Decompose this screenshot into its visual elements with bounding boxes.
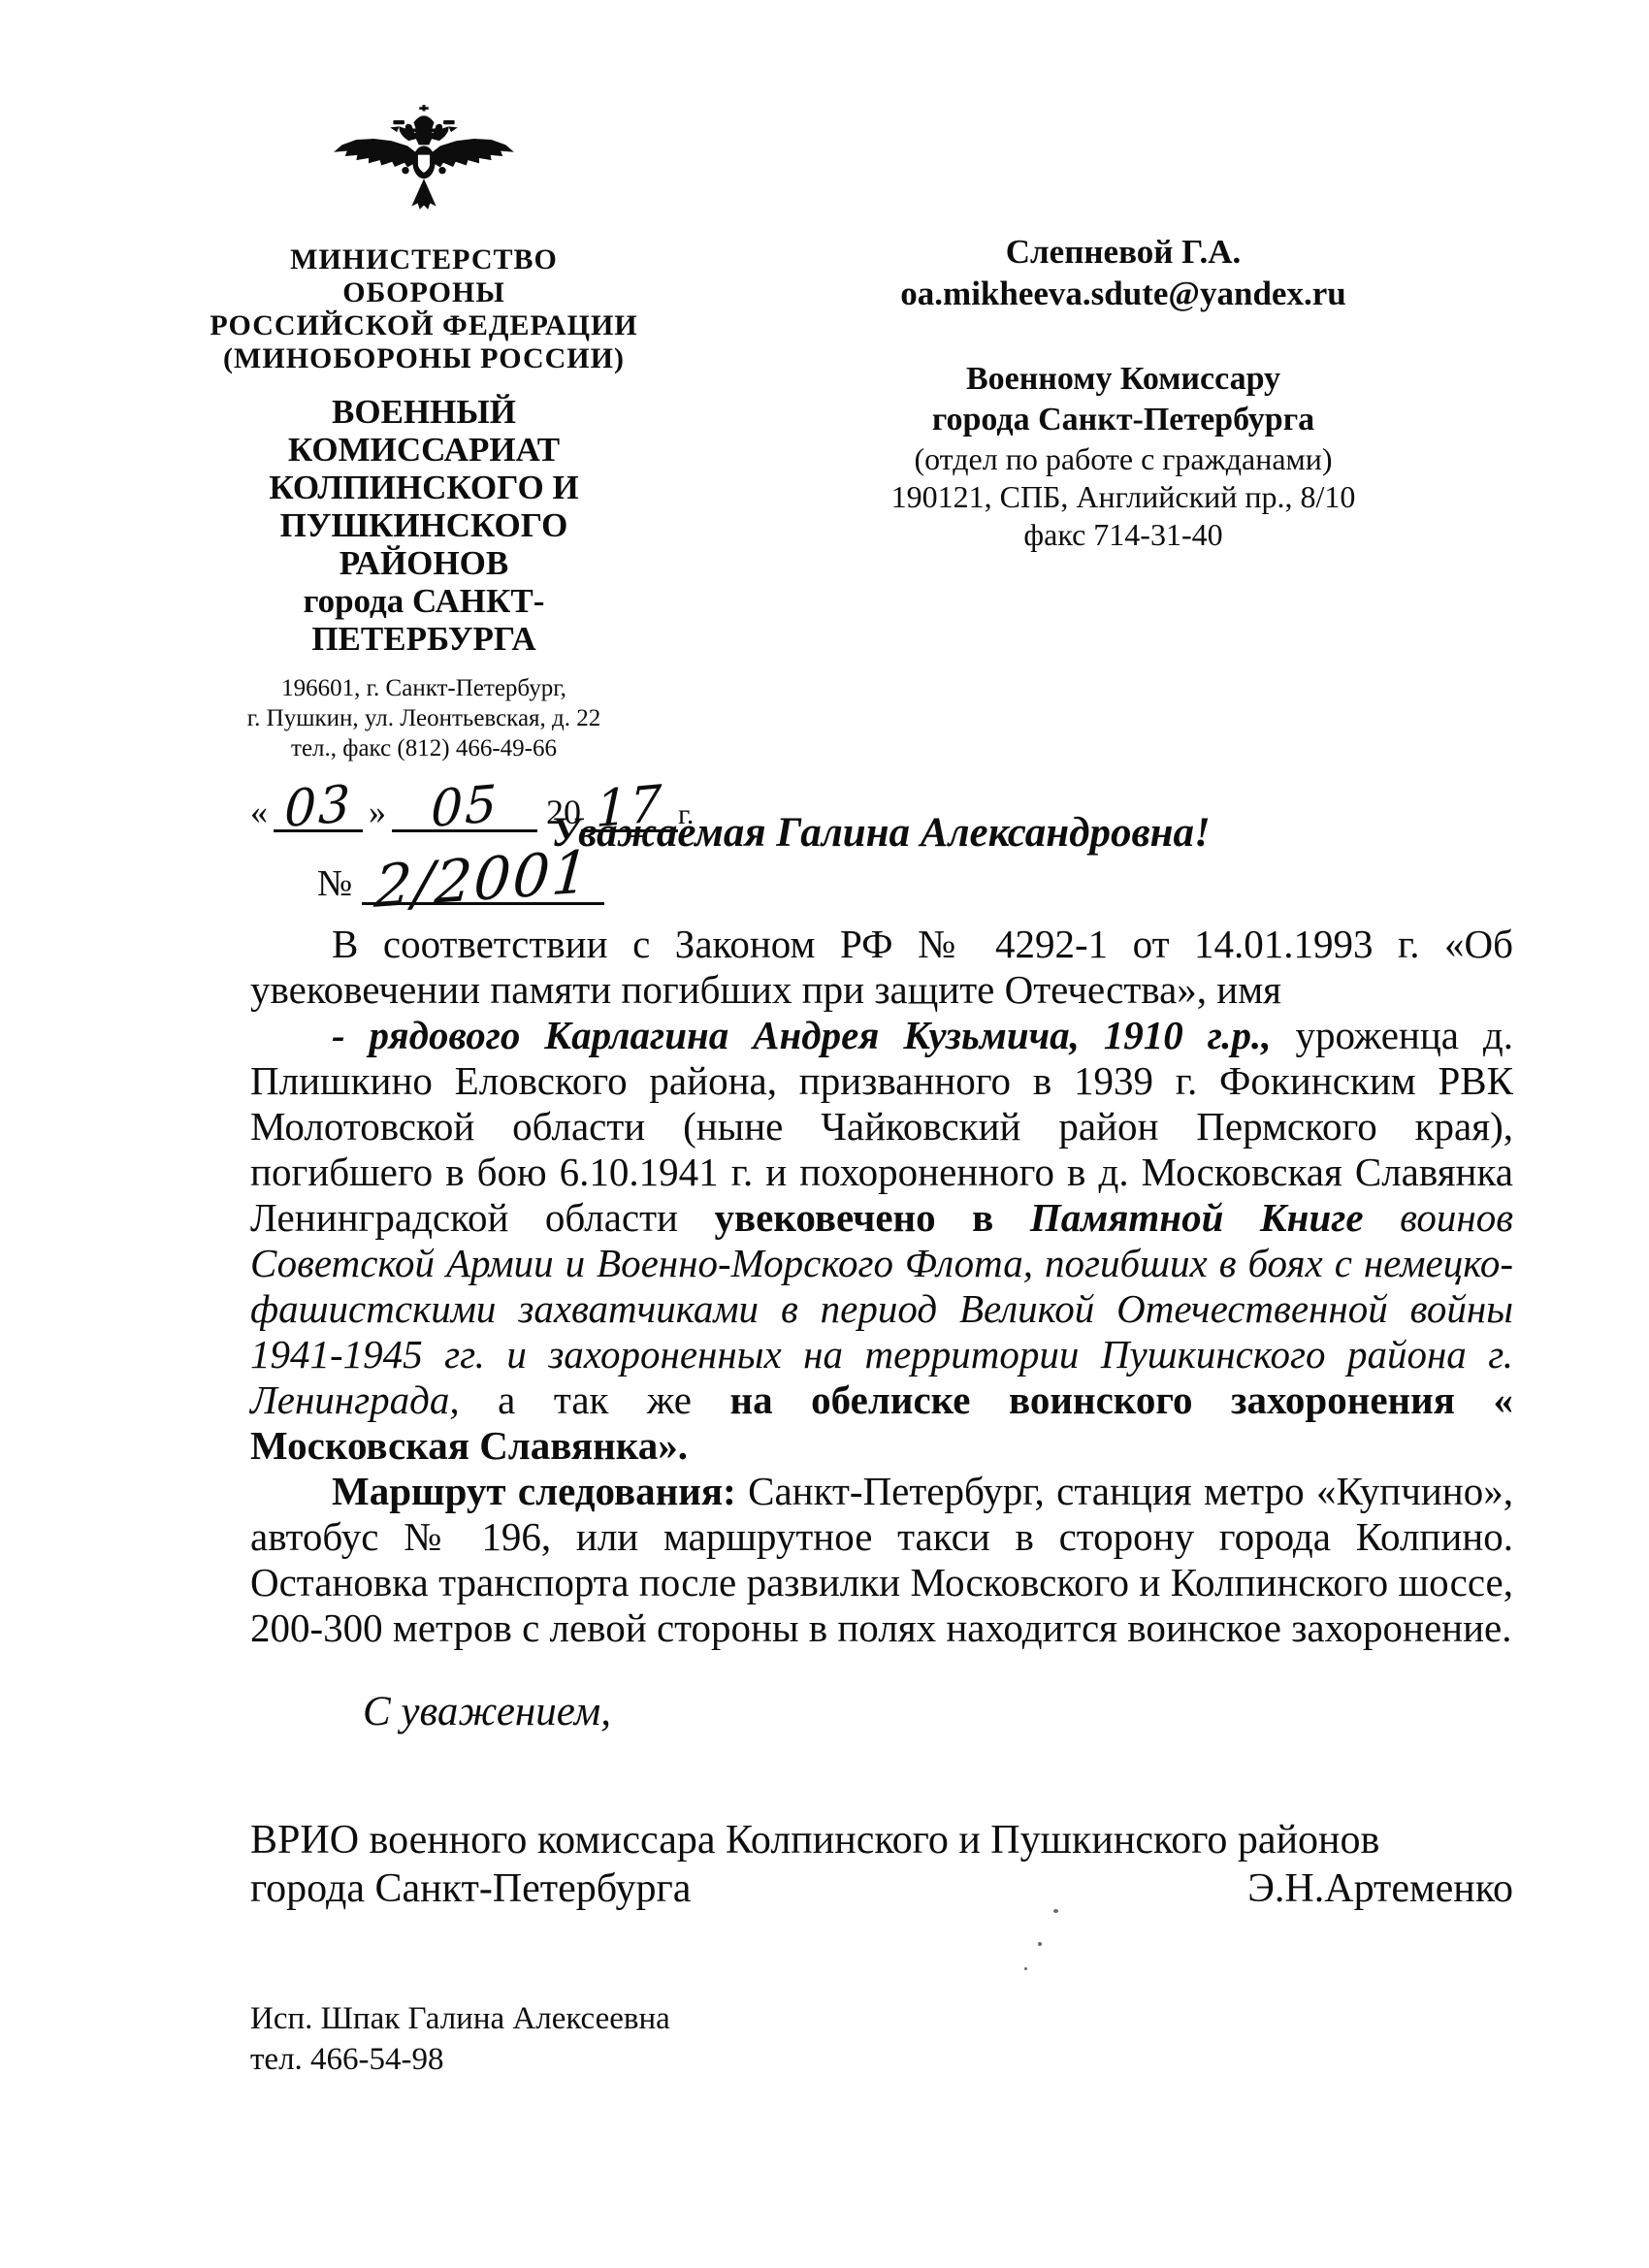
signatory-position-line1: ВРИО военного комиссара Колпинского и Пу… (250, 1816, 1513, 1864)
recipient-block: Слепневой Г.А. oa.mikheeva.sdute@yandex.… (890, 231, 1356, 554)
recipient-email: oa.mikheeva.sdute@yandex.ru (890, 273, 1356, 314)
sender-address-line: г. Пушкин, ул. Леонтьевская, д. 22 (206, 703, 642, 733)
sender-address-line: 196601, г. Санкт-Петербург, (206, 673, 642, 703)
sender-address: 196601, г. Санкт-Петербург, г. Пушкин, у… (206, 673, 642, 763)
executor-block: Исп. Шпак Галина Алексеевна тел. 466-54-… (250, 1998, 670, 2080)
signatory-position-line2: города Санкт-Петербурга (250, 1864, 691, 1913)
handwritten-number: 2/2001 (373, 850, 593, 910)
letter-body: В соответствии с Законом РФ № 4292-1 от … (250, 922, 1513, 1651)
commissariat-line: ВОЕННЫЙ КОМИССАРИАТ (206, 393, 642, 469)
paragraph-2: - рядового Карлагина Андрея Кузьмича, 19… (250, 1013, 1513, 1469)
number-blank: 2/2001 (362, 858, 604, 905)
scan-speck (1038, 1942, 1042, 1946)
commissariat-line: КОЛПИНСКОГО И (206, 469, 642, 506)
memorialized-run: увековечено в (714, 1195, 1029, 1240)
mod-eagle-emblem (332, 105, 516, 228)
scan-speck (1024, 1967, 1027, 1970)
memory-book-run: Памятной Книге (1030, 1195, 1400, 1240)
number-sign: № (317, 863, 352, 904)
ministry-line: РОССИЙСКОЙ ФЕДЕРАЦИИ (206, 309, 642, 342)
addressee: Военному Комиссару города Санкт-Петербур… (890, 359, 1356, 554)
commissariat-line: ПУШКИНСКОГО РАЙОНОВ (206, 506, 642, 582)
ministry-line: МИНИСТЕРСТВО ОБОРОНЫ (206, 243, 642, 309)
soldier-name-run: - рядового Карлагина Андрея Кузьмича, 19… (332, 1013, 1295, 1057)
executor-name: Исп. Шпак Галина Алексеевна (250, 1998, 670, 2039)
signature-row: города Санкт-Петербурга Э.Н.Артеменко (250, 1864, 1513, 1913)
addressee-line: (отдел по работе с гражданами) (890, 440, 1356, 478)
recipient-name: Слепневой Г.А. (890, 231, 1356, 273)
commissariat-line: города САНКТ-ПЕТЕРБУРГА (206, 582, 642, 658)
addressee-line: города Санкт-Петербурга (890, 400, 1356, 440)
ministry-line: (МИНОБОРОНЫ РОССИИ) (206, 342, 642, 375)
signatory-name: Э.Н.Артеменко (1247, 1864, 1513, 1913)
addressee-line: Военному Комиссару (890, 359, 1356, 400)
closing: С уважением, (363, 1688, 611, 1735)
ministry-name: МИНИСТЕРСТВО ОБОРОНЫ РОССИЙСКОЙ ФЕДЕРАЦИ… (206, 243, 642, 375)
scan-speck (1053, 1909, 1058, 1913)
addressee-line: 190121, СПБ, Английский пр., 8/10 (890, 478, 1356, 516)
commissariat-name: ВОЕННЫЙ КОМИССАРИАТ КОЛПИНСКОГО И ПУШКИН… (206, 393, 642, 658)
document-number-line: № 2/2001 (206, 858, 642, 905)
sender-address-line: тел., факс (812) 466-49-66 (206, 733, 642, 763)
paragraph-1-text: В соответствии с Законом РФ № 4292-1 от … (250, 922, 1513, 1012)
paragraph-3: Маршрут следования: Санкт-Петербург, ста… (250, 1469, 1513, 1651)
signature-block: ВРИО военного комиссара Колпинского и Пу… (250, 1816, 1513, 1913)
also-run: а так же (498, 1377, 729, 1422)
executor-phone: тел. 466-54-98 (250, 2039, 670, 2080)
sender-block: МИНИСТЕРСТВО ОБОРОНЫ РОССИЙСКОЙ ФЕДЕРАЦИ… (206, 105, 642, 905)
salutation: Уважаемая Галина Александровна! (250, 809, 1511, 857)
route-label-run: Маршрут следования: (332, 1469, 748, 1513)
addressee-line: факс 714-31-40 (890, 516, 1356, 554)
letter-page: МИНИСТЕРСТВО ОБОРОНЫ РОССИЙСКОЙ ФЕДЕРАЦИ… (0, 0, 1649, 2268)
paragraph-1: В соответствии с Законом РФ № 4292-1 от … (250, 922, 1513, 1013)
